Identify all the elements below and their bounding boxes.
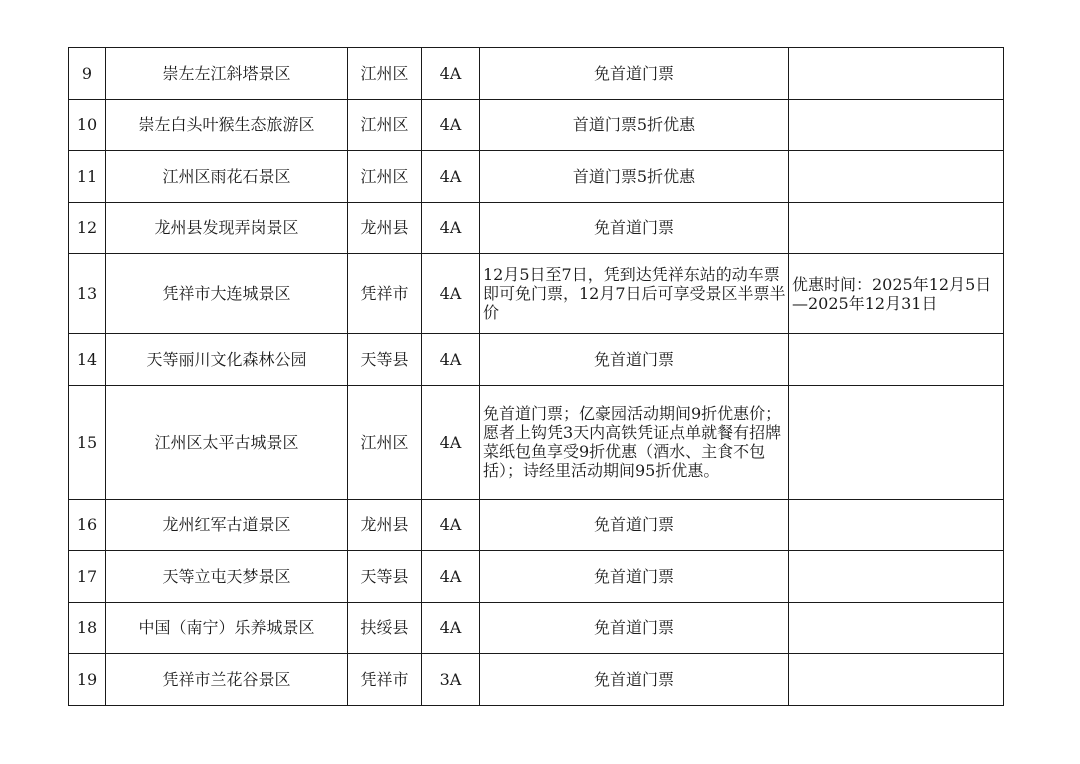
district: 江州区 [348, 151, 422, 203]
scenic-name: 凭祥市大连城景区 [106, 254, 348, 334]
offer-text: 免首道门票 [480, 654, 789, 706]
district: 扶绥县 [348, 602, 422, 654]
note-text [789, 551, 1004, 603]
scenic-name: 崇左白头叶猴生态旅游区 [106, 99, 348, 151]
scenic-name: 崇左左江斜塔景区 [106, 48, 348, 100]
row-number: 14 [69, 334, 106, 386]
scenic-name: 龙州红军古道景区 [106, 499, 348, 551]
district: 江州区 [348, 99, 422, 151]
note-text [789, 654, 1004, 706]
rating-level: 4A [422, 99, 480, 151]
table-row: 12 龙州县发现弄岗景区 龙州县 4A 免首道门票 [69, 202, 1004, 254]
rating-level: 4A [422, 48, 480, 100]
offer-text: 首道门票5折优惠 [480, 151, 789, 203]
district: 江州区 [348, 385, 422, 499]
row-number: 18 [69, 602, 106, 654]
scenic-name: 中国（南宁）乐养城景区 [106, 602, 348, 654]
scenic-spot-discount-table: 9 崇左左江斜塔景区 江州区 4A 免首道门票 10 崇左白头叶猴生态旅游区 江… [68, 47, 1004, 706]
table-row: 10 崇左白头叶猴生态旅游区 江州区 4A 首道门票5折优惠 [69, 99, 1004, 151]
offer-text: 首道门票5折优惠 [480, 99, 789, 151]
district: 天等县 [348, 551, 422, 603]
rating-level: 4A [422, 602, 480, 654]
table-row: 13 凭祥市大连城景区 凭祥市 4A 12月5日至7日，凭到达凭祥东站的动车票即… [69, 254, 1004, 334]
district: 凭祥市 [348, 254, 422, 334]
scenic-name: 江州区太平古城景区 [106, 385, 348, 499]
rating-level: 4A [422, 202, 480, 254]
table-row: 17 天等立屯天梦景区 天等县 4A 免首道门票 [69, 551, 1004, 603]
rating-level: 4A [422, 334, 480, 386]
table-row: 18 中国（南宁）乐养城景区 扶绥县 4A 免首道门票 [69, 602, 1004, 654]
row-number: 19 [69, 654, 106, 706]
table-row: 11 江州区雨花石景区 江州区 4A 首道门票5折优惠 [69, 151, 1004, 203]
offer-text: 免首道门票 [480, 202, 789, 254]
rating-level: 4A [422, 151, 480, 203]
rating-level: 4A [422, 385, 480, 499]
note-text [789, 151, 1004, 203]
scenic-name: 江州区雨花石景区 [106, 151, 348, 203]
row-number: 11 [69, 151, 106, 203]
row-number: 17 [69, 551, 106, 603]
row-number: 12 [69, 202, 106, 254]
table-row: 16 龙州红军古道景区 龙州县 4A 免首道门票 [69, 499, 1004, 551]
district: 龙州县 [348, 202, 422, 254]
table-row: 15 江州区太平古城景区 江州区 4A 免首道门票；亿豪园活动期间9折优惠价；愿… [69, 385, 1004, 499]
offer-text: 免首道门票 [480, 334, 789, 386]
rating-level: 3A [422, 654, 480, 706]
row-number: 13 [69, 254, 106, 334]
note-text [789, 202, 1004, 254]
note-text [789, 385, 1004, 499]
row-number: 10 [69, 99, 106, 151]
note-text [789, 99, 1004, 151]
offer-text: 免首道门票 [480, 602, 789, 654]
table-row: 14 天等丽川文化森林公园 天等县 4A 免首道门票 [69, 334, 1004, 386]
offer-text: 免首道门票 [480, 499, 789, 551]
offer-text: 免首道门票；亿豪园活动期间9折优惠价；愿者上钩凭3天内高铁凭证点单就餐有招牌菜纸… [480, 385, 789, 499]
offer-text: 12月5日至7日，凭到达凭祥东站的动车票即可免门票，12月7日后可享受景区半票半… [480, 254, 789, 334]
rating-level: 4A [422, 499, 480, 551]
note-text [789, 48, 1004, 100]
row-number: 15 [69, 385, 106, 499]
note-text [789, 334, 1004, 386]
note-text: 优惠时间：2025年12月5日—2025年12月31日 [789, 254, 1004, 334]
district: 凭祥市 [348, 654, 422, 706]
rating-level: 4A [422, 254, 480, 334]
table-row: 9 崇左左江斜塔景区 江州区 4A 免首道门票 [69, 48, 1004, 100]
scenic-name: 凭祥市兰花谷景区 [106, 654, 348, 706]
row-number: 9 [69, 48, 106, 100]
district: 江州区 [348, 48, 422, 100]
note-text [789, 602, 1004, 654]
rating-level: 4A [422, 551, 480, 603]
district: 天等县 [348, 334, 422, 386]
note-text [789, 499, 1004, 551]
scenic-name: 天等立屯天梦景区 [106, 551, 348, 603]
scenic-name: 天等丽川文化森林公园 [106, 334, 348, 386]
district: 龙州县 [348, 499, 422, 551]
table-row: 19 凭祥市兰花谷景区 凭祥市 3A 免首道门票 [69, 654, 1004, 706]
offer-text: 免首道门票 [480, 48, 789, 100]
scenic-name: 龙州县发现弄岗景区 [106, 202, 348, 254]
row-number: 16 [69, 499, 106, 551]
offer-text: 免首道门票 [480, 551, 789, 603]
